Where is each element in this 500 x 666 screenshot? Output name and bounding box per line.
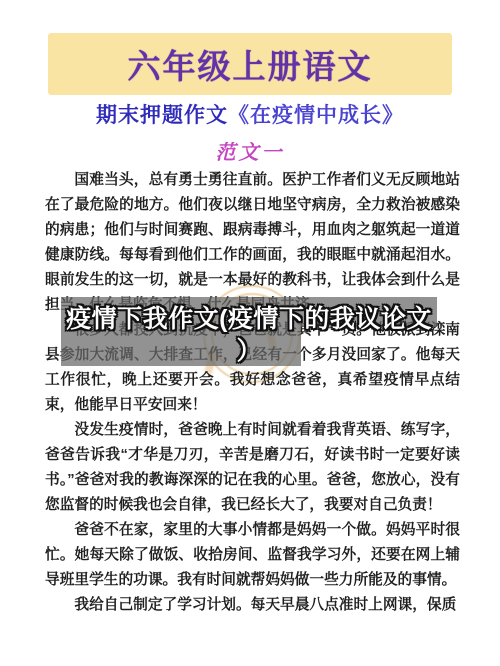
overlay-title-line1: 疫情下我作文(疫情下的我议论文 (61, 299, 437, 335)
sample-essay-label: 范文一 (0, 136, 500, 165)
essay-paragraph: 国难当头，总有勇士勇往直前。医护工作者们义无反顾地站在了最危险的地方。他们夜以继… (45, 168, 460, 318)
essay-page: 六年级上册语文 期末押题作文《在疫情中成长》 范文一 国难当头，总有勇士勇往直前… (0, 0, 500, 666)
essay-body: 国难当头，总有勇士勇往直前。医护工作者们义无反顾地站在了最危险的地方。他们夜以继… (45, 168, 460, 618)
header-banner: 六年级上册语文 (48, 33, 452, 95)
overlay-title-line2: ） (61, 331, 437, 367)
subtitle-prefix: 期末押题作文 (96, 104, 228, 127)
subtitle: 期末押题作文《在疫情中成长》 (0, 99, 500, 129)
essay-paragraph: 爸爸不在家，家里的大事小情都是妈妈一个做。妈妈平时很忙。她每天除了做饭、收拾房间… (45, 518, 460, 593)
page-title: 六年级上册语文 (128, 41, 373, 88)
essay-paragraph: 没发生疫情时，爸爸晚上有时间就看着我背英语、练写字，爸爸告诉我“才华是刀刃，辛苦… (45, 418, 460, 518)
subtitle-book-title: 《在疫情中成长》 (228, 104, 404, 127)
essay-paragraph: 我给自己制定了学习计划。每天早晨八点准时上网课，保质 (45, 593, 460, 618)
